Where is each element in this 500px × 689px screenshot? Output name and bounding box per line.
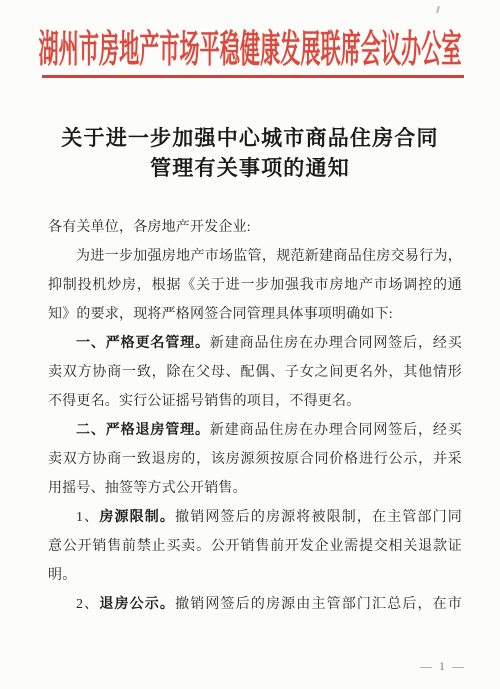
document-body: 各有关单位，各房地产开发企业: 为进一步加强房地产市场监管，规范新建商品住房交易… <box>48 213 462 619</box>
section1-line2: 卖双方协商一致，除在父母、配偶、子女之间更名外，其他情形 <box>48 358 462 387</box>
section2-text-start: 新建商品住房在办理合同网签后，经买 <box>210 423 462 438</box>
letterhead-org-name: 湖州市房地产市场平稳健康发展联席会议办公室 <box>39 18 462 73</box>
page-number: — 1 — <box>420 659 466 674</box>
scan-artifact-speck <box>436 6 440 13</box>
paragraph1-line2: 抑制投机炒房，根据《关于进一步加强我市房地产市场调控的通 <box>48 271 462 300</box>
section1-line3: 不得更名。实行公证摇号销售的项目，不得更名。 <box>48 387 462 416</box>
letterhead-divider-rule <box>42 75 464 78</box>
item2-text-start: 撤销网签后的房源由主管部门汇总后，在市 <box>175 597 462 612</box>
item1-text-start: 撤销网签后的房源将被限制，在主管部门同 <box>175 510 462 525</box>
section1-heading: 一、严格更名管理。 <box>76 336 210 351</box>
item1-heading: 房源限制。 <box>99 510 175 525</box>
item2-number: 2、 <box>76 597 99 612</box>
document-title: 关于进一步加强中心城市商品住房合同 管理有关事项的通知 <box>0 123 500 183</box>
item2-heading: 退房公示。 <box>99 597 175 612</box>
section2-line3: 用摇号、抽签等方式公开销售。 <box>48 474 462 503</box>
item1-line1: 1、房源限制。撤销网签后的房源将被限制，在主管部门同 <box>48 503 462 532</box>
section2-line2: 卖双方协商一致退房的，该房源须按原合同价格进行公示，并采 <box>48 445 462 474</box>
section2-line1: 二、严格退房管理。新建商品住房在办理合同网签后，经买 <box>48 416 462 445</box>
document-title-line1: 关于进一步加强中心城市商品住房合同 <box>0 123 500 153</box>
paragraph1-line1: 为进一步加强房地产市场监管，规范新建商品住房交易行为， <box>48 242 462 271</box>
item2-line1: 2、退房公示。撤销网签后的房源由主管部门汇总后，在市 <box>48 590 462 619</box>
item1-line3: 明。 <box>48 561 462 590</box>
item1-line2: 意公开销售前禁止买卖。公开销售前开发企业需提交相关退款证 <box>48 532 462 561</box>
paragraph1-line3: 知》的要求，现将严格网签合同管理具体事项明确如下: <box>48 300 462 329</box>
section1-text-start: 新建商品住房在办理合同网签后，经买 <box>210 336 462 351</box>
salutation: 各有关单位，各房地产开发企业: <box>48 213 462 242</box>
section1-line1: 一、严格更名管理。新建商品住房在办理合同网签后，经买 <box>48 329 462 358</box>
section2-heading: 二、严格退房管理。 <box>76 423 210 438</box>
scanned-notice-page: 湖州市房地产市场平稳健康发展联席会议办公室 关于进一步加强中心城市商品住房合同 … <box>0 0 500 689</box>
document-title-line2: 管理有关事项的通知 <box>0 153 500 183</box>
letterhead: 湖州市房地产市场平稳健康发展联席会议办公室 <box>0 22 500 68</box>
item1-number: 1、 <box>76 510 99 525</box>
